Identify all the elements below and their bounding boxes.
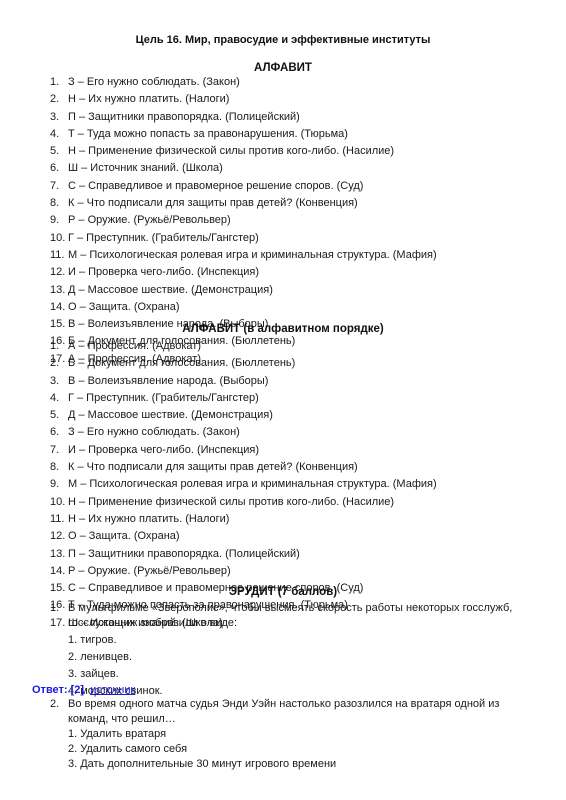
item-number: 3. [50,109,59,126]
item-text: Н – Их нужно платить. (Налоги) [68,511,229,528]
item-text: О – Защита. (Охрана) [68,528,180,545]
item-text: О – Защита. (Охрана) [68,299,180,316]
item-number: 1. [50,74,59,91]
item-number: 3. [50,373,59,390]
item-number: 6. [50,424,59,441]
item-number: 7. [50,442,59,459]
item-text: Г – Преступник. (Грабитель/Гангстер) [68,230,259,247]
item-text: М – Психологическая ролевая игра и крими… [68,247,437,264]
item-number: 1. [50,338,59,355]
item-number: 2. [50,355,59,372]
item-number: 5. [50,407,59,424]
answer-line: Ответ: [2]источник [32,683,135,698]
item-text: Р – Оружие. (Ружьё/Револьвер) [68,212,231,229]
page-title: Цель 16. Мир, правосудие и эффективные и… [0,34,566,46]
item-number: 8. [50,459,59,476]
item-text: С – Справедливое и правомерное решение с… [68,178,363,195]
question-text: В мультфильме «Зверополис», чтобы высмея… [68,601,530,631]
item-number: 14. [50,563,65,580]
item-text: Д – Массовое шествие. (Демонстрация) [68,407,273,424]
item-number: 7. [50,178,59,195]
erudite-heading: ЭРУДИТ (7 баллов) [0,586,566,598]
item-text: Н – Применение физической силы против ко… [68,143,394,160]
question-text: Во время одного матча судья Энди Уэйн на… [68,697,530,727]
item-text: К – Что подписали для защиты прав детей?… [68,459,358,476]
option: 3. зайцев. [68,667,530,682]
alphabet-sorted-heading: АЛФАВИТ (в алфавитном порядке) [0,323,566,335]
item-text: Т – Туда можно попасть за правонарушения… [68,126,348,143]
option: 2. ленивцев. [68,650,530,665]
option: 1. Удалить вратаря [68,727,530,742]
question-number: 1. [50,601,59,616]
option: 3. Дать дополнительные 30 минут игрового… [68,757,530,772]
item-text: И – Проверка чего-либо. (Инспекция) [68,442,259,459]
item-text: И – Проверка чего-либо. (Инспекция) [68,264,259,281]
item-text: Ш – Источник знаний. (Школа) [68,160,223,177]
source-link[interactable]: источник [90,684,135,696]
answer-label: Ответ: [2] [32,684,84,696]
item-text: В – Волеизъявление народа. (Выборы) [68,373,268,390]
item-text: Б – Документ для голосования. (Бюллетень… [68,355,295,372]
item-number: 10. [50,230,65,247]
item-number: 8. [50,195,59,212]
item-number: 10. [50,494,65,511]
item-text: А – Профессия. (Адвокат) [68,338,201,355]
question-2: 2. Во время одного матча судья Энди Уэйн… [50,697,530,772]
item-text: Д – Массовое шествие. (Демонстрация) [68,282,273,299]
item-number: 5. [50,143,59,160]
option: 1. тигров. [68,633,530,648]
item-number: 2. [50,91,59,108]
item-number: 4. [50,390,59,407]
item-number: 14. [50,299,65,316]
item-number: 12. [50,264,65,281]
alphabet-heading: АЛФАВИТ [0,62,566,74]
item-number: 13. [50,546,65,563]
item-number: 13. [50,282,65,299]
item-number: 4. [50,126,59,143]
item-number: 11. [50,511,64,528]
item-number: 9. [50,476,59,493]
item-number: 12. [50,528,65,545]
option: 2. Удалить самого себя [68,742,530,757]
item-text: З – Его нужно соблюдать. (Закон) [68,424,240,441]
item-text: М – Психологическая ролевая игра и крими… [68,476,437,493]
item-text: П – Защитники правопорядка. (Полицейский… [68,109,300,126]
item-text: Р – Оружие. (Ружьё/Револьвер) [68,563,231,580]
question-number: 2. [50,697,59,712]
item-text: З – Его нужно соблюдать. (Закон) [68,74,240,91]
item-text: Н – Их нужно платить. (Налоги) [68,91,229,108]
item-number: 6. [50,160,59,177]
item-text: Н – Применение физической силы против ко… [68,494,394,511]
item-text: К – Что подписали для защиты прав детей?… [68,195,358,212]
item-number: 11. [50,247,64,264]
item-number: 9. [50,212,59,229]
item-text: П – Защитники правопорядка. (Полицейский… [68,546,300,563]
item-text: Г – Преступник. (Грабитель/Гангстер) [68,390,259,407]
